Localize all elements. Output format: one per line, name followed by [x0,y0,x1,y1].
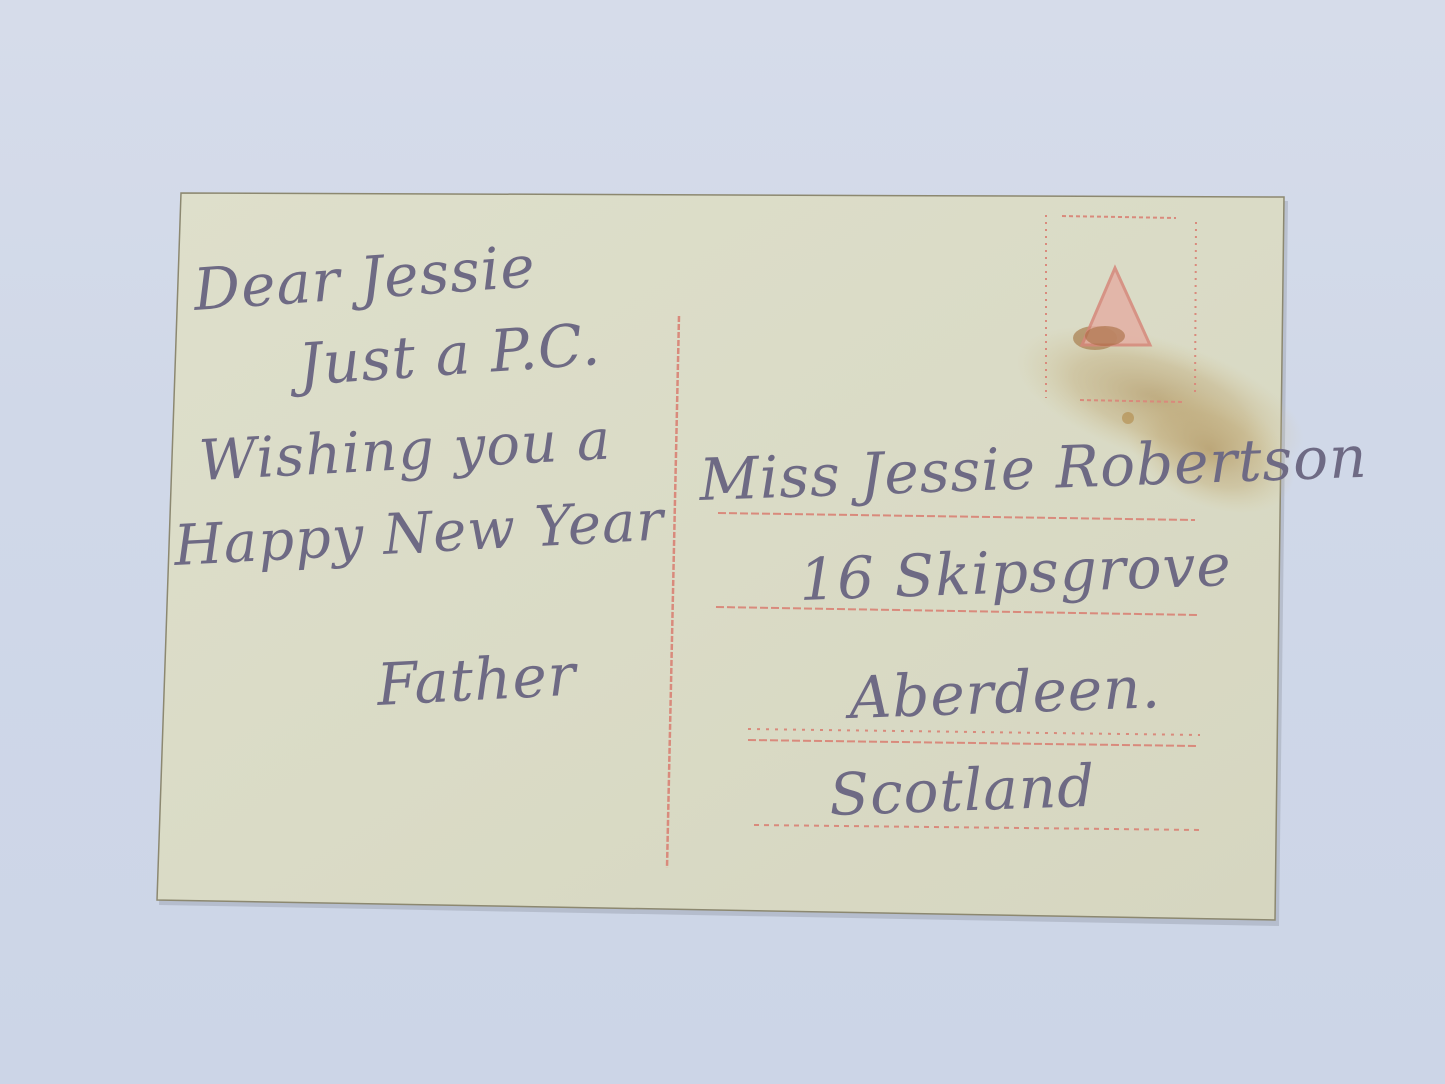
signature: Father [374,641,580,720]
address-line: Aberdeen. [843,653,1162,732]
address-line: Scotland [828,752,1096,829]
postcard-photo: Dear Jessie Just a P.C. Wishing you a Ha… [0,0,1445,1084]
